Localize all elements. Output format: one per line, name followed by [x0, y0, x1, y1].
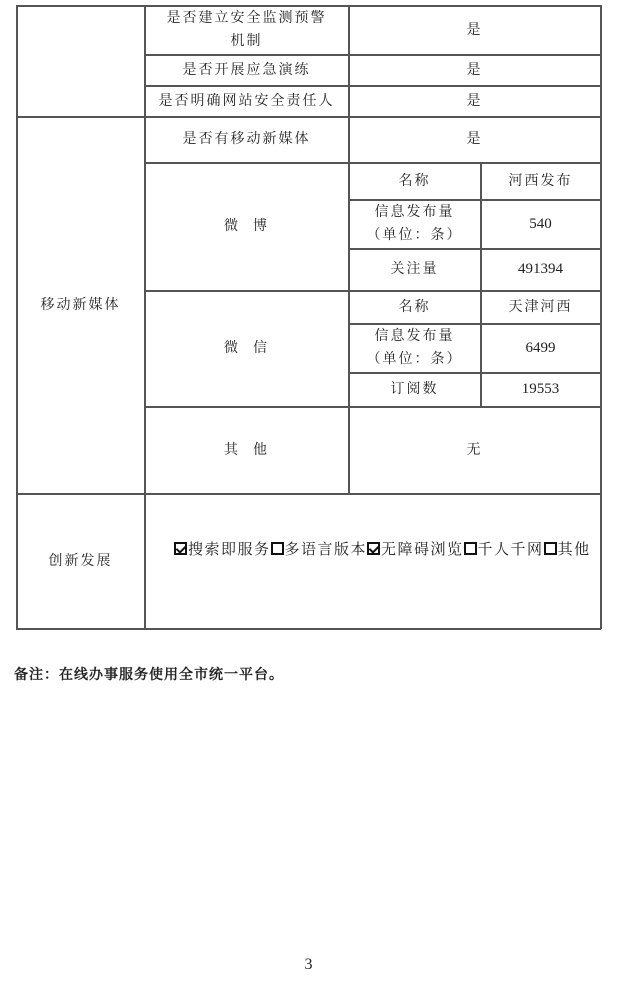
mobile-media-section-label: 移动新媒体 — [17, 117, 144, 493]
page-number: 3 — [0, 956, 617, 974]
wechat-subscribers-label: 订阅数 — [349, 373, 480, 406]
weibo-followers-value: 491394 — [481, 249, 600, 290]
label-line: （单位：条） — [367, 348, 463, 371]
option-label: 千人千网 — [478, 538, 544, 559]
other-media-label: 其 他 — [145, 407, 348, 493]
option-label: 搜索即服务 — [188, 538, 271, 559]
innovation-options: 搜索即服务 多语言版本 无障碍浏览 千人千网 其他 — [174, 538, 591, 559]
label-line: （单位：条） — [367, 224, 463, 247]
wechat-label: 微 信 — [145, 291, 348, 406]
weibo-name-value: 河西发布 — [481, 163, 600, 199]
weibo-posts-label: 信息发布量 （单位：条） — [349, 200, 480, 248]
label-line: 信息发布量 — [375, 325, 455, 348]
weibo-label: 微 博 — [145, 163, 348, 290]
checkbox-search-service[interactable] — [174, 542, 187, 555]
table-border-right — [600, 5, 602, 629]
security-monitoring-label: 是否建立安全监测预警 机制 — [145, 6, 348, 54]
innovation-section-label: 创新发展 — [17, 494, 144, 628]
wechat-subscribers-value: 19553 — [481, 373, 600, 406]
security-owner-value: 是 — [349, 86, 600, 116]
checkbox-multilingual[interactable] — [271, 542, 284, 555]
wechat-posts-label: 信息发布量 （单位：条） — [349, 324, 480, 372]
checkbox-personalized-site[interactable] — [464, 542, 477, 555]
wechat-posts-value: 6499 — [481, 324, 600, 372]
has-mobile-media-value: 是 — [349, 117, 600, 162]
option-label: 其他 — [558, 538, 591, 559]
other-media-value: 无 — [349, 407, 600, 493]
wechat-name-label: 名称 — [349, 291, 480, 323]
label-line: 信息发布量 — [375, 201, 455, 224]
security-monitoring-value: 是 — [349, 6, 600, 54]
label-line: 是否建立安全监测预警 — [167, 7, 327, 30]
option-label: 无障碍浏览 — [381, 538, 464, 559]
checkbox-other[interactable] — [544, 542, 557, 555]
security-owner-label: 是否明确网站安全责任人 — [145, 86, 348, 116]
footnote: 备注：在线办事服务使用全市统一平台。 — [14, 664, 284, 684]
wechat-name-value: 天津河西 — [481, 291, 600, 323]
checkbox-accessibility[interactable] — [367, 542, 380, 555]
emergency-drill-value: 是 — [349, 55, 600, 85]
weibo-followers-label: 关注量 — [349, 249, 480, 290]
weibo-posts-value: 540 — [481, 200, 600, 248]
has-mobile-media-label: 是否有移动新媒体 — [145, 117, 348, 162]
weibo-name-label: 名称 — [349, 163, 480, 199]
label-line: 机制 — [231, 30, 263, 53]
option-label: 多语言版本 — [285, 538, 368, 559]
emergency-drill-label: 是否开展应急演练 — [145, 55, 348, 85]
table-border-bottom — [16, 628, 601, 630]
